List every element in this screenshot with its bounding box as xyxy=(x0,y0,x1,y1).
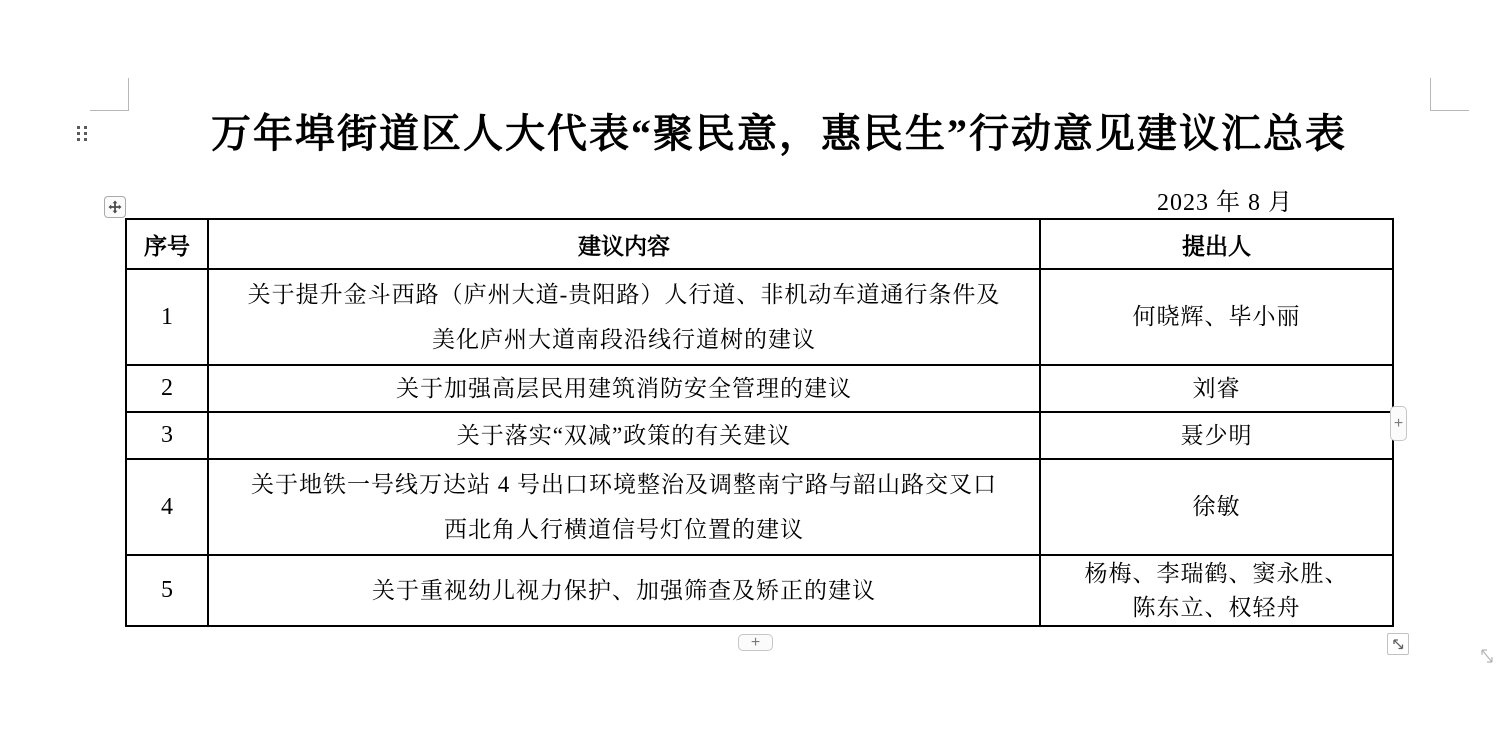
table-header-row: 序号 建议内容 提出人 xyxy=(126,219,1393,269)
table-row: 5 关于重视幼儿视力保护、加强筛查及矫正的建议 杨梅、李瑞鹤、窦永胜、 陈东立、… xyxy=(126,555,1393,626)
text-boundary-corner-top-right-icon xyxy=(1430,78,1469,111)
row4-proposer-cell[interactable]: 徐敏 xyxy=(1040,459,1393,555)
insert-column-button[interactable]: + xyxy=(1390,406,1407,441)
table-row: 2 关于加强高层民用建筑消防安全管理的建议 刘睿 xyxy=(126,365,1393,412)
header-cell-proposer[interactable]: 提出人 xyxy=(1040,219,1393,269)
row3-proposer-cell[interactable]: 聂少明 xyxy=(1040,412,1393,459)
row5-content-cell[interactable]: 关于重视幼儿视力保护、加强筛查及矫正的建议 xyxy=(208,555,1040,626)
row1-no-cell[interactable]: 1 xyxy=(126,269,208,365)
diagonal-resize-icon xyxy=(1390,636,1406,652)
row3-content-cell[interactable]: 关于落实“双减”政策的有关建议 xyxy=(208,412,1040,459)
row5-proposer-cell[interactable]: 杨梅、李瑞鹤、窦永胜、 陈东立、权轻舟 xyxy=(1040,555,1393,626)
resize-cursor-icon xyxy=(1479,647,1497,667)
row4-content-cell[interactable]: 关于地铁一号线万达站 4 号出口环境整治及调整南宁路与韶山路交叉口 西北角人行横… xyxy=(208,459,1040,555)
header-cell-no[interactable]: 序号 xyxy=(126,219,208,269)
move-cross-icon xyxy=(108,200,122,214)
document-date[interactable]: 2023 年 8 月 xyxy=(1157,182,1293,217)
header-cell-content[interactable]: 建议内容 xyxy=(208,219,1040,269)
insert-row-button[interactable]: + xyxy=(738,634,773,651)
table-resize-handle[interactable] xyxy=(1387,633,1409,655)
text-boundary-corner-top-left-icon xyxy=(90,78,129,111)
row1-proposer-cell[interactable]: 何晓辉、毕小丽 xyxy=(1040,269,1393,365)
table-row: 3 关于落实“双减”政策的有关建议 聂少明 xyxy=(126,412,1393,459)
row5-no-cell[interactable]: 5 xyxy=(126,555,208,626)
row1-content-cell[interactable]: 关于提升金斗西路（庐州大道-贵阳路）人行道、非机动车道通行条件及 美化庐州大道南… xyxy=(208,269,1040,365)
drag-dots-icon[interactable] xyxy=(77,126,87,141)
row3-no-cell[interactable]: 3 xyxy=(126,412,208,459)
row2-proposer-cell[interactable]: 刘睿 xyxy=(1040,365,1393,412)
suggestions-table: 序号 建议内容 提出人 1 关于提升金斗西路（庐州大道-贵阳路）人行道、非机动车… xyxy=(125,218,1394,627)
row4-no-cell[interactable]: 4 xyxy=(126,459,208,555)
document-title[interactable]: 万年埠街道区人大代表“聚民意，惠民生”行动意见建议汇总表 xyxy=(128,104,1430,164)
table-move-handle[interactable] xyxy=(104,196,126,218)
table-row: 1 关于提升金斗西路（庐州大道-贵阳路）人行道、非机动车道通行条件及 美化庐州大… xyxy=(126,269,1393,365)
row2-no-cell[interactable]: 2 xyxy=(126,365,208,412)
document-page: 万年埠街道区人大代表“聚民意，惠民生”行动意见建议汇总表 2023 年 8 月 … xyxy=(0,0,1497,737)
table-row: 4 关于地铁一号线万达站 4 号出口环境整治及调整南宁路与韶山路交叉口 西北角人… xyxy=(126,459,1393,555)
row2-content-cell[interactable]: 关于加强高层民用建筑消防安全管理的建议 xyxy=(208,365,1040,412)
